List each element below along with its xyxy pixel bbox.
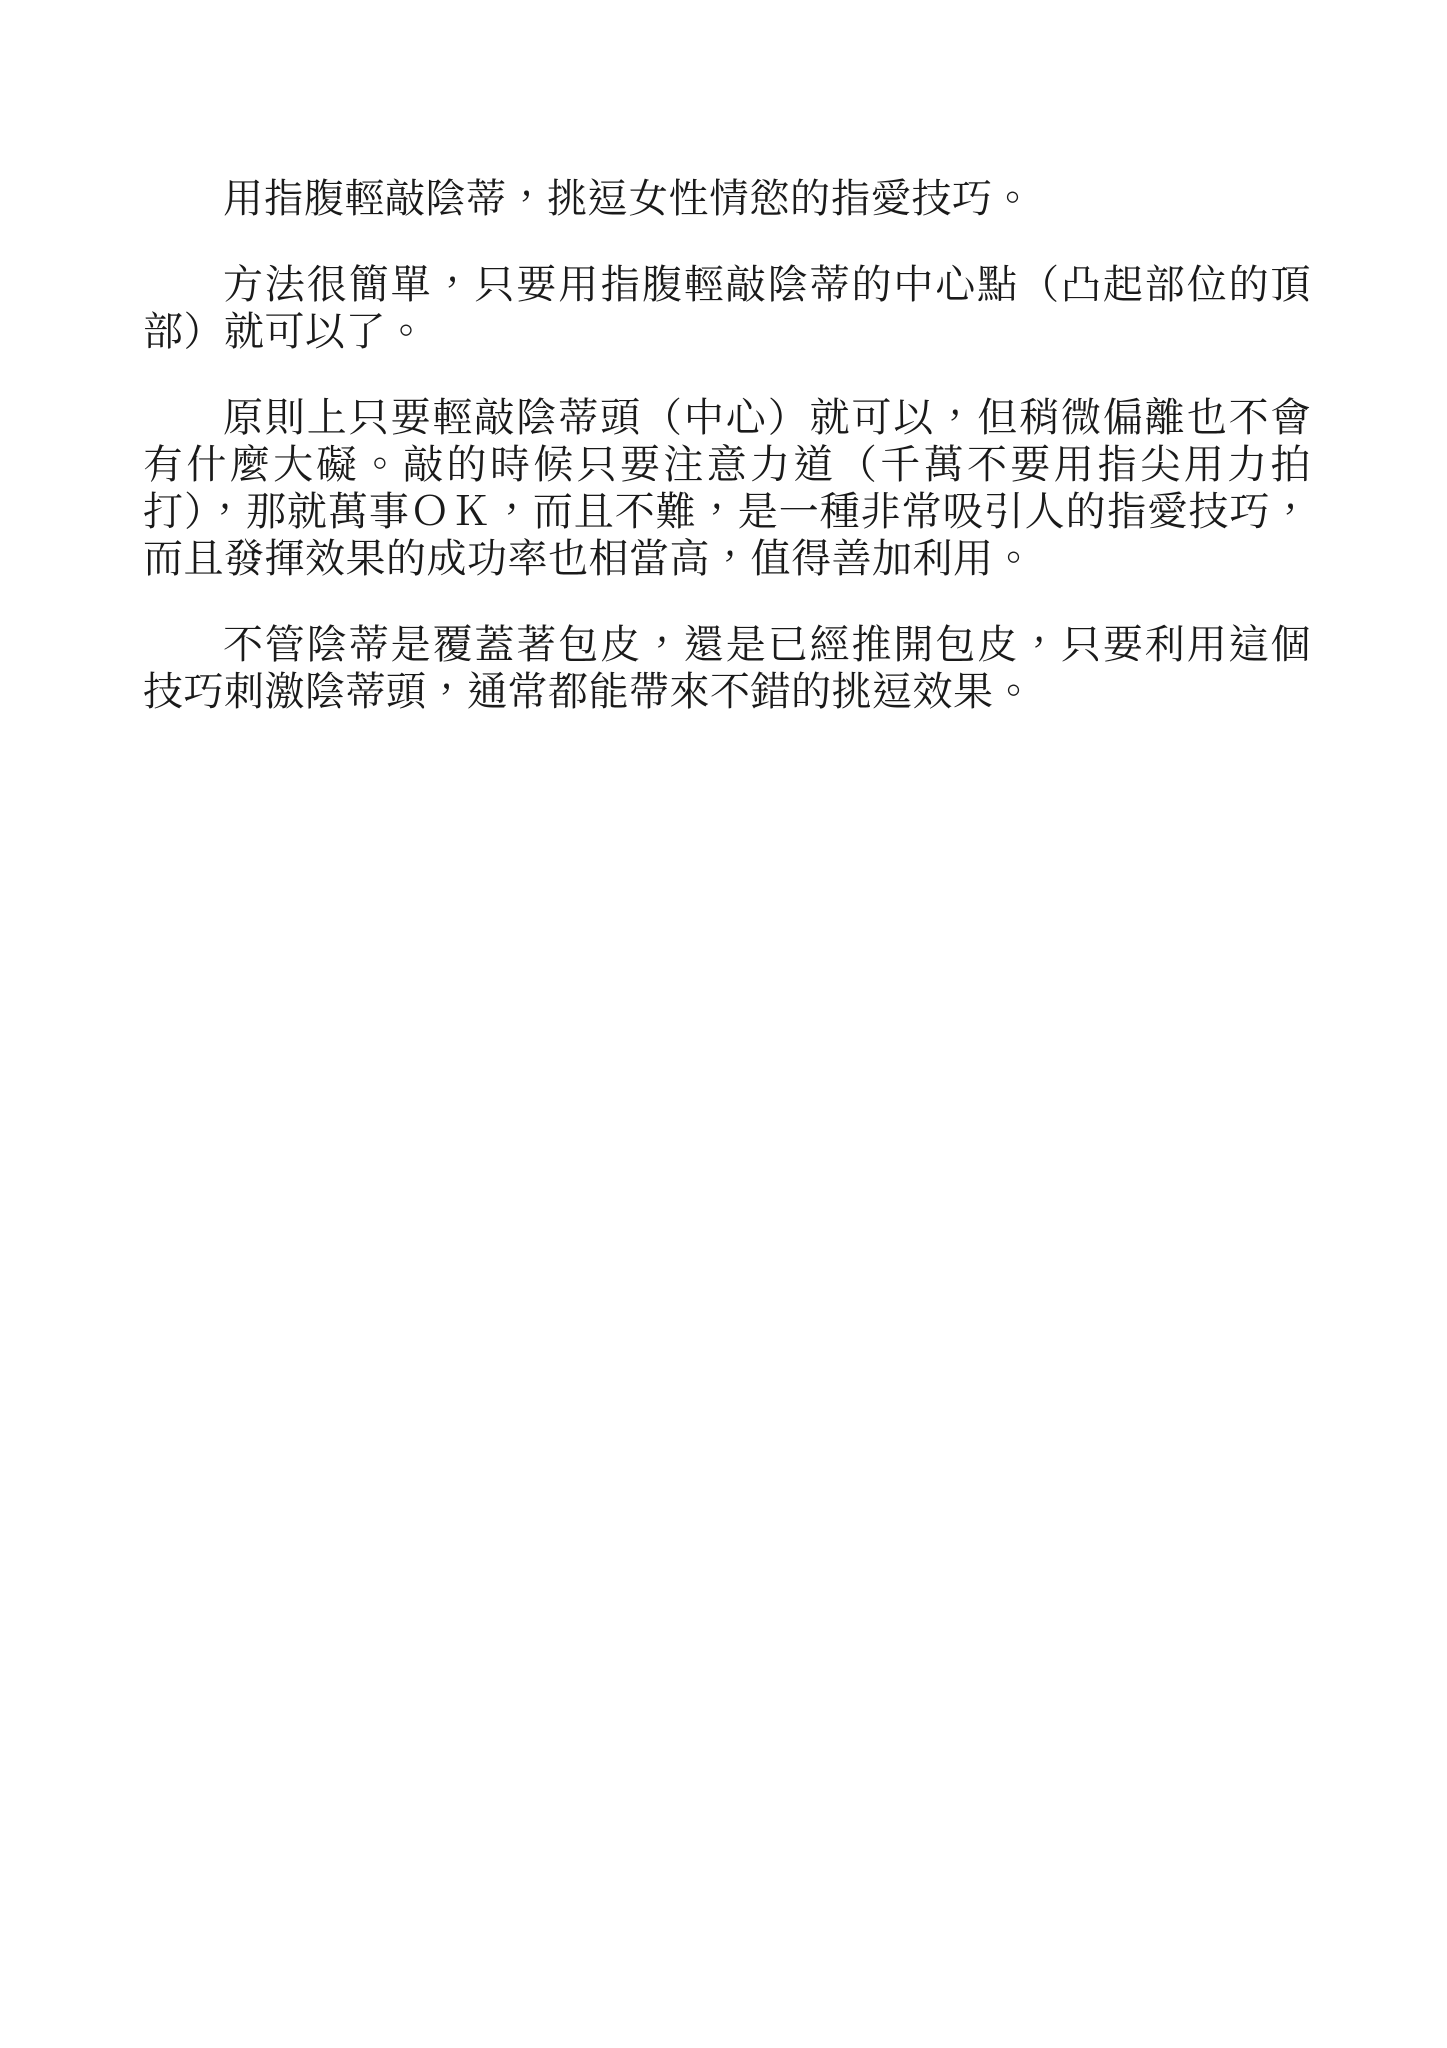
paragraph-2: 方法很簡單，只要用指腹輕敲陰蒂的中心點（凸起部位的頂部）就可以了。 [143, 262, 1311, 356]
document-page: 用指腹輕敲陰蒂，挑逗女性情慾的指愛技巧。 方法很簡單，只要用指腹輕敲陰蒂的中心點… [0, 0, 1447, 2048]
paragraph-3: 原則上只要輕敲陰蒂頭（中心）就可以，但稍微偏離也不會有什麼大礙。敲的時候只要注意… [143, 395, 1311, 583]
paragraph-1: 用指腹輕敲陰蒂，挑逗女性情慾的指愛技巧。 [143, 176, 1311, 223]
text-content: 用指腹輕敲陰蒂，挑逗女性情慾的指愛技巧。 方法很簡單，只要用指腹輕敲陰蒂的中心點… [143, 176, 1311, 716]
paragraph-4: 不管陰蒂是覆蓋著包皮，還是已經推開包皮，只要利用這個技巧刺激陰蒂頭，通常都能帶來… [143, 622, 1311, 716]
